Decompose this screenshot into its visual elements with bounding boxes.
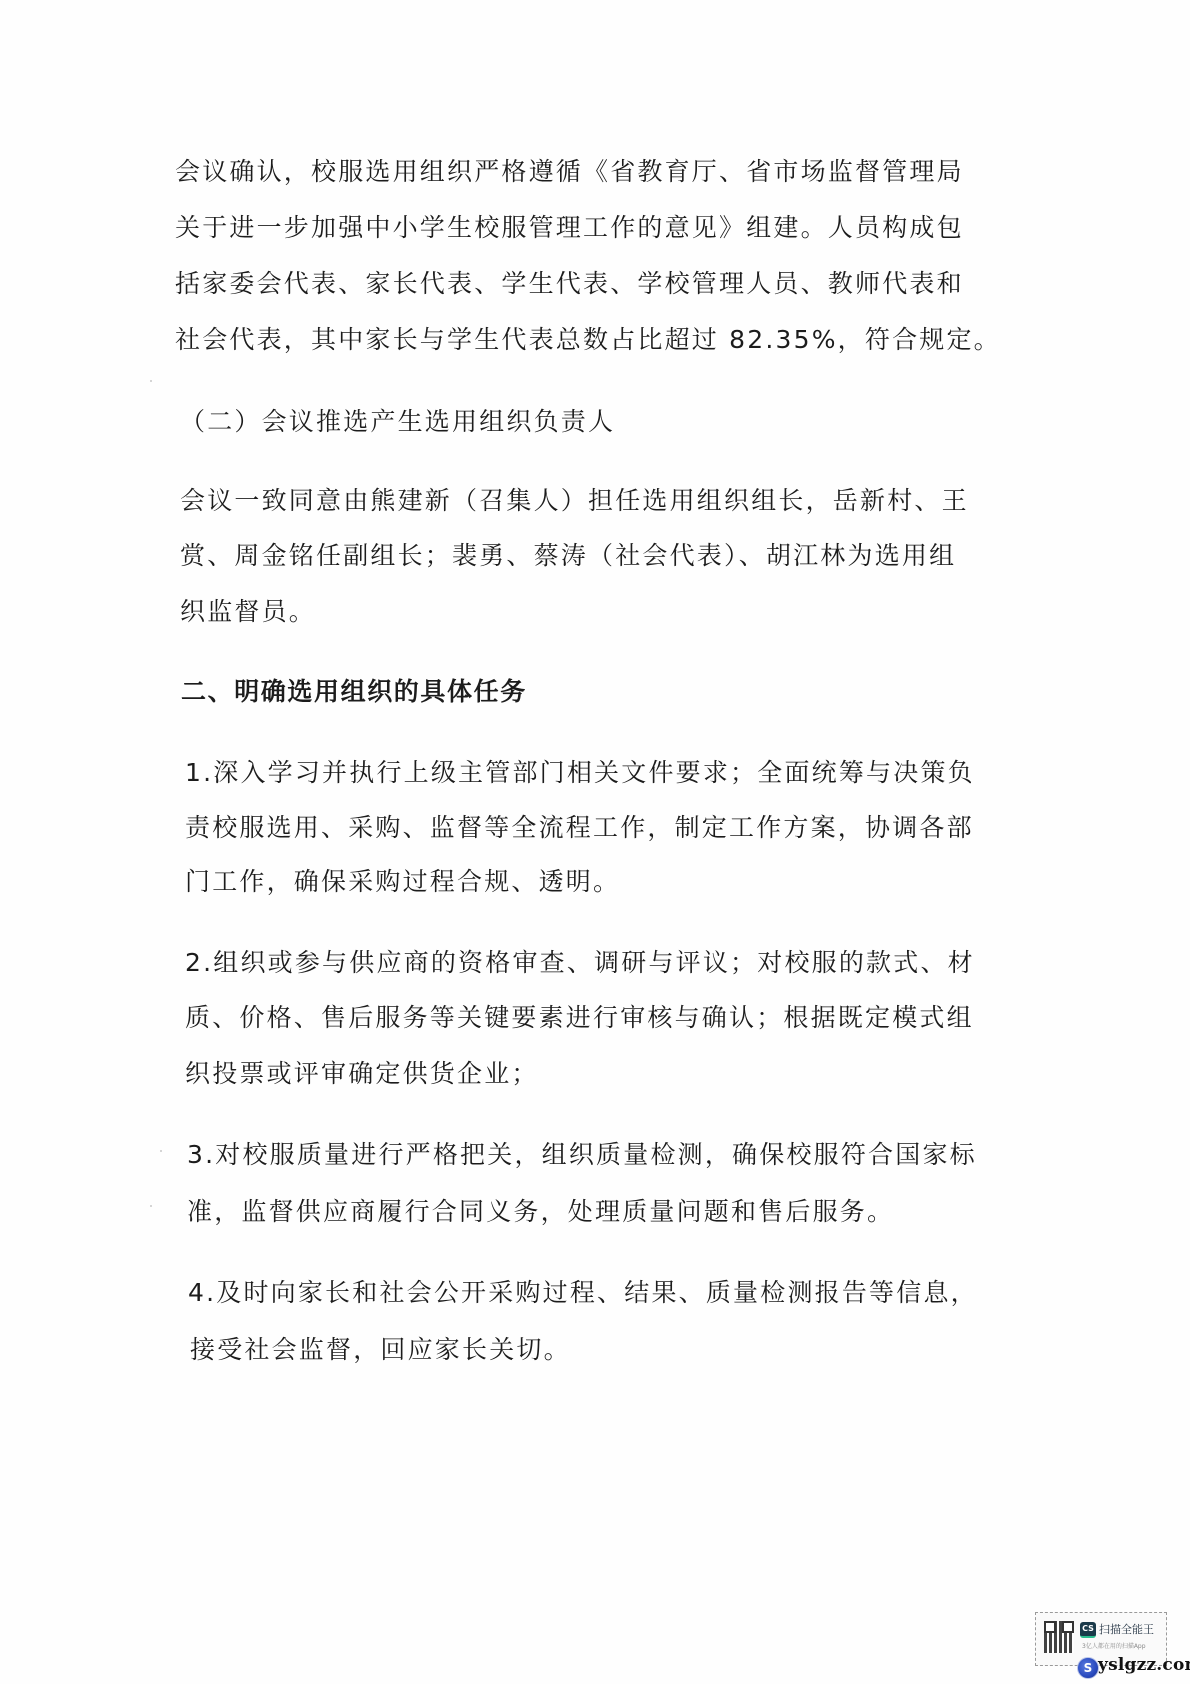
- scan-speck: [150, 380, 152, 382]
- paragraph-2-line-1: 会议一致同意由熊建新（召集人）担任选用组织组长，岳新村、王: [180, 486, 969, 516]
- task-4-line-2: 接受社会监督，回应家长关切。: [190, 1335, 571, 1365]
- paragraph-1-line-1: 会议确认，校服选用组织严格遵循《省教育厅、省市场监督管理局: [175, 157, 964, 187]
- task-1-line-3: 门工作，确保采购过程合规、透明。: [185, 867, 620, 897]
- task-2-line-3: 织投票或评审确定供货企业；: [185, 1059, 539, 1089]
- camscanner-app-name: 扫描全能王: [1099, 1621, 1154, 1637]
- site-watermark-text: yslgzz.com: [1098, 1655, 1190, 1675]
- camscanner-logo-icon: CS: [1080, 1622, 1096, 1638]
- paragraph-2-line-2: 赏、周金铭任副组长；裴勇、蔡涛（社会代表）、胡江林为选用组: [180, 541, 956, 571]
- task-1-line-1: 1.深入学习并执行上级主管部门相关文件要求；全面统筹与决策负: [185, 758, 975, 788]
- task-4-line-1: 4.及时向家长和社会公开采购过程、结果、质量检测报告等信息，: [188, 1278, 978, 1308]
- subheading-2: （二）会议推选产生选用组织负责人: [180, 407, 615, 437]
- camscanner-tagline: 3亿人都在用的扫描App: [1082, 1641, 1146, 1650]
- qr-code-icon: [1044, 1621, 1074, 1653]
- paragraph-1-line-4: 社会代表，其中家长与学生代表总数占比超过 82.35%，符合规定。: [175, 325, 1001, 355]
- scanned-page: 会议确认，校服选用组织严格遵循《省教育厅、省市场监督管理局 关于进一步加强中小学…: [0, 0, 1190, 1684]
- task-1-line-2: 责校服选用、采购、监督等全流程工作，制定工作方案，协调各部: [185, 813, 974, 843]
- site-logo-icon: S: [1077, 1657, 1099, 1679]
- paragraph-1-line-3: 括家委会代表、家长代表、学生代表、学校管理人员、教师代表和: [175, 269, 964, 299]
- task-3-line-2: 准，监督供应商履行合同义务，处理质量问题和售后服务。: [187, 1197, 894, 1227]
- paragraph-1-line-2: 关于进一步加强中小学生校服管理工作的意见》组建。人员构成包: [175, 213, 964, 243]
- section-heading: 二、明确选用组织的具体任务: [181, 677, 527, 707]
- paragraph-2-line-3: 织监督员。: [180, 597, 316, 627]
- scan-speck: [160, 1150, 162, 1152]
- scan-speck: [150, 1205, 152, 1207]
- task-2-line-2: 质、价格、售后服务等关键要素进行审核与确认；根据既定模式组: [185, 1003, 974, 1033]
- task-3-line-1: 3.对校服质量进行严格把关，组织质量检测，确保校服符合国家标: [187, 1140, 977, 1170]
- task-2-line-1: 2.组织或参与供应商的资格审查、调研与评议；对校服的款式、材: [185, 948, 975, 978]
